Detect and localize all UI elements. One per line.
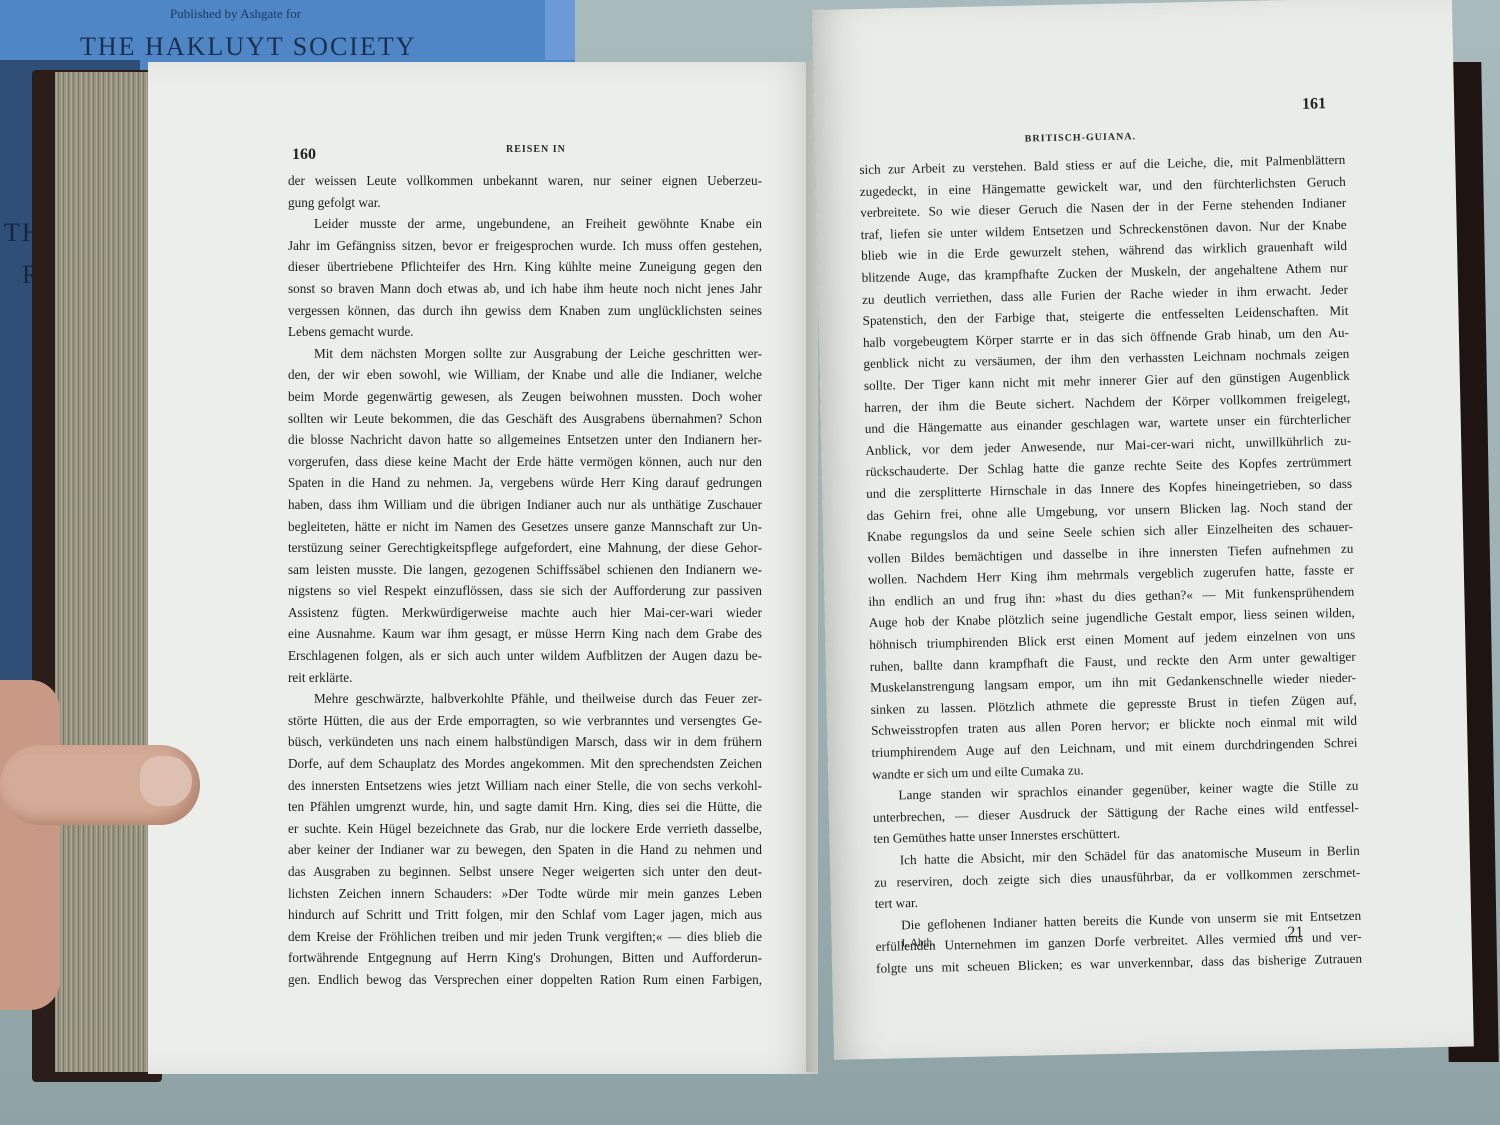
text-line: lichsten Zeichen innern Schauders: »Der … [288,883,762,905]
background-book-edge [545,0,575,60]
text-line: aber keiner der Indianer war zu bewegen,… [288,839,762,861]
text-line: beim Morde gegenwärtig gewesen, als Zeug… [288,386,762,408]
text-line: eine Ausnahme. Kaum war ihm gesagt, er m… [288,623,762,645]
text-line: büsch, verkündeten uns nach einem halbst… [288,731,762,753]
text-line: den, der wir eben sowohl, wie William, d… [288,364,762,386]
page-number-right: 161 [1302,95,1326,113]
society-title: THE HAKLUYT SOCIETY [80,32,417,62]
text-line: begleiteten, hätte er nicht im Namen des… [288,516,762,538]
text-line: nigstens so viel Respekt einzuflössen, d… [288,580,762,602]
text-line: Dorfe, auf dem Schauplatz des Mordes ang… [288,753,762,775]
text-line: dieser übertriebene Pflichteifer des Hrn… [288,256,762,278]
text-line: terstüzung seiner Gerechtigkeitspflege a… [288,537,762,559]
text-line: hindurch auf Schritt und Tritt folgen, m… [288,904,762,926]
text-line: dem Kreise der Fröhlichen treiben und mi… [288,926,762,948]
hand [0,680,60,1010]
text-line: sonst so braven Mann doch etwas ab, und … [288,278,762,300]
text-line: der weissen Leute vollkommen unbekannt w… [288,170,762,192]
footer-signature: I. Abth. [901,937,935,950]
text-line: des innersten Entsetzens wies jetzt Will… [288,775,762,797]
text-line: Jahr im Gefängniss sitzen, bevor er frei… [288,235,762,257]
text-line: haben, dass ihm William und die übrigen … [288,494,762,516]
right-page: 161 BRITISCH-GUIANA. sich zur Arbeit zu … [812,0,1474,1060]
text-line: störte Hütten, die aus der Erde emporrag… [288,710,762,732]
right-page-body: sich zur Arbeit zu verstehen. Bald sties… [859,149,1362,980]
thumbnail [140,756,192,806]
text-line: er suchte. Kein Hügel bezeichnete das Gr… [288,818,762,840]
text-line: Mit dem nächsten Morgen sollte zur Ausgr… [288,343,762,365]
page-number-left: 160 [292,146,316,164]
text-line: reit erklärte. [288,667,762,689]
text-line: Spaten in die Hand zu nehmen. Ja, vergeb… [288,472,762,494]
text-line: fortwährende Entgegnung auf Herrn King's… [288,947,762,969]
text-line: die blosse Nachricht davon hatte so allg… [288,429,762,451]
text-line: gung gefolgt war. [288,192,762,214]
text-line: Lebens gemacht wurde. [288,321,762,343]
text-line: gen. Endlich bewog das Versprechen einer… [288,969,762,991]
page-block-edges [55,72,150,1072]
text-line: Mehre geschwärzte, halbverkohlte Pfähle,… [288,688,762,710]
text-line: sam leisten musste. Die langen, gezogene… [288,559,762,581]
text-line: sollten wir Leute bekommen, die das Gesc… [288,408,762,430]
text-line: vorgerufen, dass diese keine Macht der E… [288,451,762,473]
text-line: vergessen können, das durch ihn gewiss d… [288,300,762,322]
text-line: das Ausgraben zu beginnen. Selbst unsere… [288,861,762,883]
text-line: ten Pfählen umgrenzt wurde, hin, und sag… [288,796,762,818]
left-page-body: der weissen Leute vollkommen unbekannt w… [288,170,762,991]
running-head-right: BRITISCH-GUIANA. [1025,131,1137,144]
footer-sheet-number: 21 [1287,924,1303,942]
left-page: 160 REISEN IN der weissen Leute vollkomm… [148,62,818,1074]
text-line: Leider musste der arme, ungebundene, an … [288,213,762,235]
publisher-line: Published by Ashgate for [170,6,301,22]
text-line: Assistenz fügten. Merkwürdigerweise mach… [288,602,762,624]
running-head-left: REISEN IN [506,144,566,155]
text-line: Erschlagenen folgen, als er sich auch un… [288,645,762,667]
